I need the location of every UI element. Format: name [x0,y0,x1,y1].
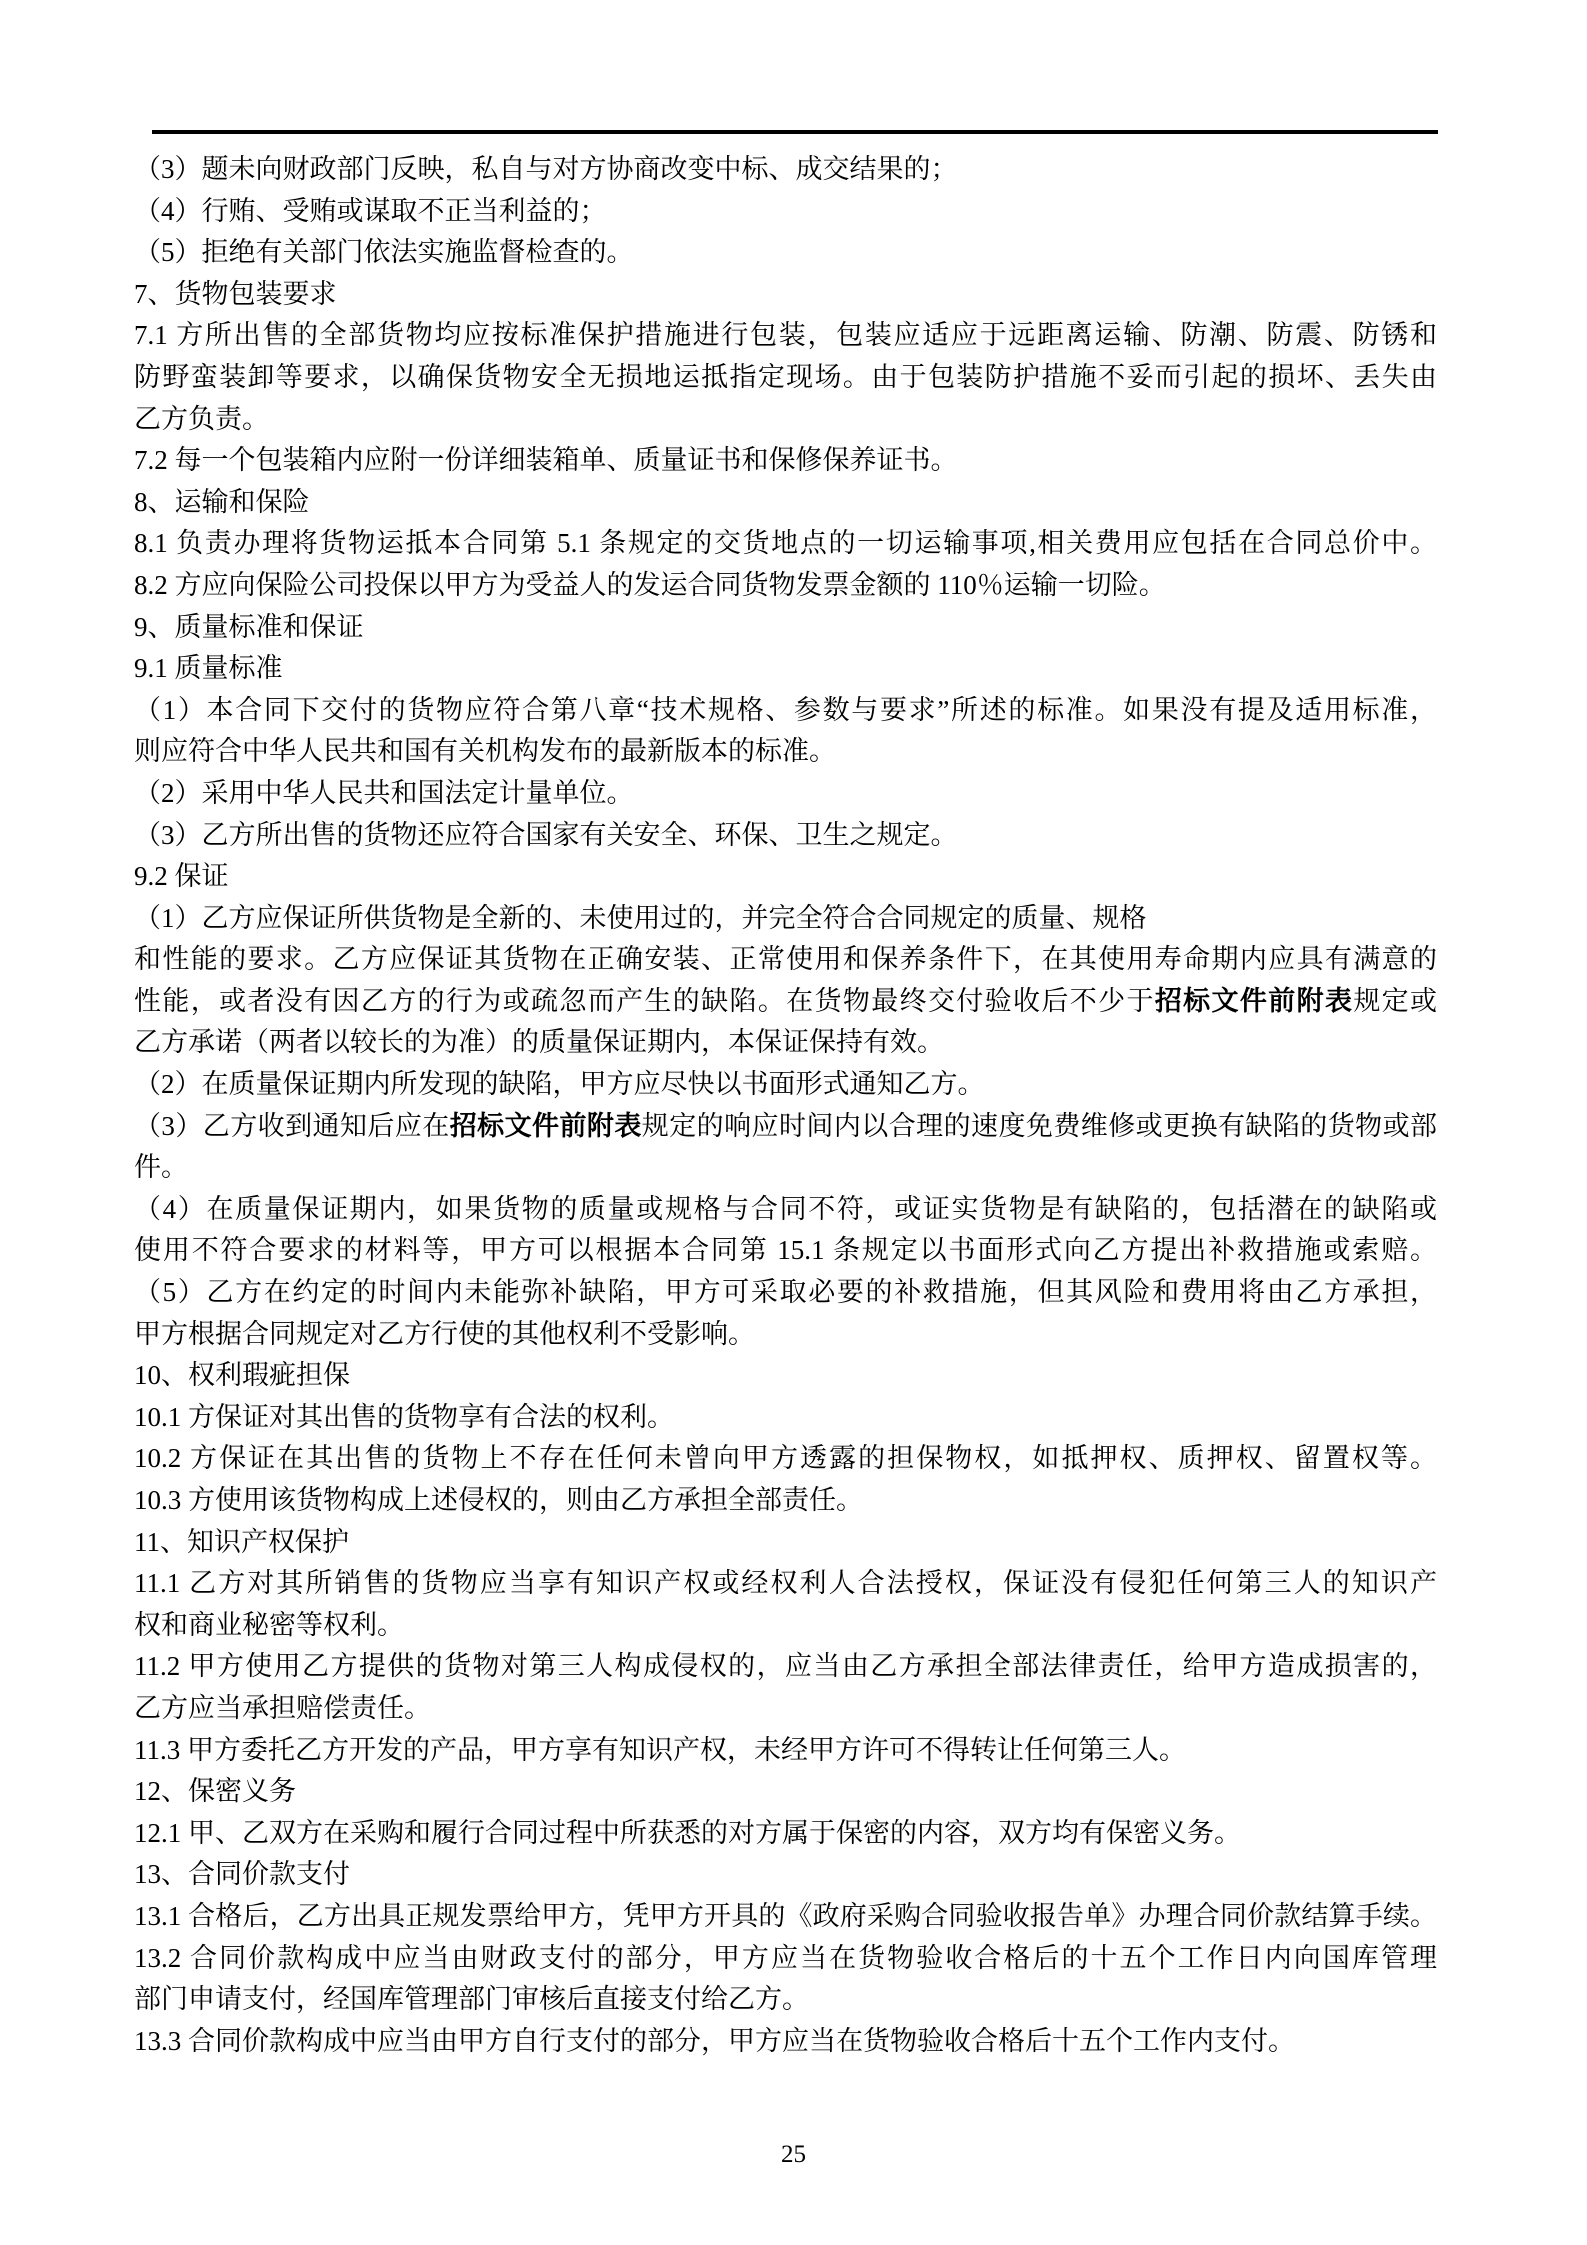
text-segment: 7.1 方所出售的全部货物均应按标准保护措施进行包装，包装应适应于远距离运输、防… [134,320,1437,350]
text-segment: 7、货物包装要求 [134,279,337,309]
text-line: 7、货物包装要求 [134,274,1437,316]
text-line: 乙方负责。 [134,399,1437,441]
text-line: 乙方承诺（两者以较长的为准）的质量保证期内，本保证保持有效。 [134,1022,1437,1064]
text-segment: 10.1 方保证对其出售的货物享有合法的权利。 [134,1402,674,1432]
text-line: 11.3 甲方委托乙方开发的产品，甲方享有知识产权，未经甲方许可不得转让任何第三… [134,1730,1437,1772]
text-segment: 9、质量标准和保证 [134,612,364,642]
text-segment: （3）题未向财政部门反映，私自与对方协商改变中标、成交结果的； [134,154,958,184]
document-body: （3）题未向财政部门反映，私自与对方协商改变中标、成交结果的；（4）行贿、受贿或… [134,149,1437,2062]
text-segment: 则应符合中华人民共和国有关机构发布的最新版本的标准。 [134,736,836,766]
bold-text-segment: 招标文件前附表 [1155,986,1354,1016]
text-segment: 10.2 方保证在其出售的货物上不存在任何未曾向甲方透露的担保物权，如抵押权、质… [134,1443,1437,1473]
text-line: 13、合同价款支付 [134,1854,1437,1896]
text-segment: 规定的响应时间内以合理的速度免费维修或更换有缺陷的货物或部 [642,1111,1437,1141]
text-line: 12、保密义务 [134,1771,1437,1813]
text-line: 7.2 每一个包装箱内应附一份详细装箱单、质量证书和保修保养证书。 [134,440,1437,482]
text-segment: 11.2 甲方使用乙方提供的货物对第三人构成侵权的，应当由乙方承担全部法律责任，… [134,1651,1437,1681]
text-segment: 乙方负责。 [134,404,269,434]
text-line: 9、质量标准和保证 [134,607,1437,649]
text-segment: 8.1 负责办理将货物运抵本合同第 5.1 条规定的交货地点的一切运输事项,相关… [134,528,1437,558]
text-segment: 10.3 方使用该货物构成上述侵权的，则由乙方承担全部责任。 [134,1485,863,1515]
text-line: 部门申请支付，经国库管理部门审核后直接支付给乙方。 [134,1979,1437,2021]
text-segment: 13.2 合同价款构成中应当由财政支付的部分，甲方应当在货物验收合格后的十五个工… [134,1943,1437,1973]
text-line: 13.2 合同价款构成中应当由财政支付的部分，甲方应当在货物验收合格后的十五个工… [134,1938,1437,1980]
text-segment: 10、权利瑕疵担保 [134,1360,350,1390]
text-segment: 权和商业秘密等权利。 [134,1610,404,1640]
text-line: 8、运输和保险 [134,482,1437,524]
text-line: 12.1 甲、乙双方在采购和履行合同过程中所获悉的对方属于保密的内容，双方均有保… [134,1813,1437,1855]
text-line: 和性能的要求。乙方应保证其货物在正确安装、正常使用和保养条件下，在其使用寿命期内… [134,939,1437,981]
text-segment: 12.1 甲、乙双方在采购和履行合同过程中所获悉的对方属于保密的内容，双方均有保… [134,1818,1241,1848]
text-line: 甲方根据合同规定对乙方行使的其他权利不受影响。 [134,1314,1437,1356]
text-line: （1）乙方应保证所供货物是全新的、未使用过的，并完全符合合同规定的质量、规格 [134,898,1437,940]
text-segment: 性能，或者没有因乙方的行为或疏忽而产生的缺陷。在货物最终交付验收后不少于 [134,986,1155,1016]
text-line: 10.3 方使用该货物构成上述侵权的，则由乙方承担全部责任。 [134,1480,1437,1522]
text-line: 11.1 乙方对其所销售的货物应当享有知识产权或经权利人合法授权，保证没有侵犯任… [134,1563,1437,1605]
text-segment: 7.2 每一个包装箱内应附一份详细装箱单、质量证书和保修保养证书。 [134,445,958,475]
text-segment: （5）拒绝有关部门依法实施监督检查的。 [134,237,634,267]
text-segment: 11、知识产权保护 [134,1527,349,1557]
text-segment: 13.1 合格后，乙方出具正规发票给甲方，凭甲方开具的《政府采购合同验收报告单》… [134,1901,1437,1931]
text-line: （3）乙方所出售的货物还应符合国家有关安全、环保、卫生之规定。 [134,815,1437,857]
text-line: （4）在质量保证期内，如果货物的质量或规格与合同不符，或证实货物是有缺陷的，包括… [134,1189,1437,1231]
text-segment: 9.1 质量标准 [134,653,283,683]
text-segment: （4）在质量保证期内，如果货物的质量或规格与合同不符，或证实货物是有缺陷的，包括… [134,1194,1437,1224]
text-segment: 13.3 合同价款构成中应当由甲方自行支付的部分，甲方应当在货物验收合格后十五个… [134,2026,1295,2056]
text-segment: （2）采用中华人民共和国法定计量单位。 [134,778,634,808]
text-line: 11、知识产权保护 [134,1522,1437,1564]
text-segment: （5）乙方在约定的时间内未能弥补缺陷，甲方可采取必要的补救措施，但其风险和费用将… [134,1277,1437,1307]
text-segment: 使用不符合要求的材料等，甲方可以根据本合同第 15.1 条规定以书面形式向乙方提… [134,1235,1437,1265]
text-line: 使用不符合要求的材料等，甲方可以根据本合同第 15.1 条规定以书面形式向乙方提… [134,1230,1437,1272]
text-segment: （2）在质量保证期内所发现的缺陷，甲方应尽快以书面形式通知乙方。 [134,1069,985,1099]
text-line: （5）拒绝有关部门依法实施监督检查的。 [134,232,1437,274]
text-segment: 甲方根据合同规定对乙方行使的其他权利不受影响。 [134,1319,755,1349]
text-line: 10.2 方保证在其出售的货物上不存在任何未曾向甲方透露的担保物权，如抵押权、质… [134,1438,1437,1480]
bold-text-segment: 招标文件前附表 [450,1111,642,1141]
text-segment: （1）本合同下交付的货物应符合第八章“技术规格、参数与要求”所述的标准。如果没有… [134,695,1437,725]
text-line: 防野蛮装卸等要求，以确保货物安全无损地运抵指定现场。由于包装防护措施不妥而引起的… [134,357,1437,399]
text-segment: 部门申请支付，经国库管理部门审核后直接支付给乙方。 [134,1984,809,2014]
text-segment: （3）乙方所出售的货物还应符合国家有关安全、环保、卫生之规定。 [134,820,958,850]
text-segment: 和性能的要求。乙方应保证其货物在正确安装、正常使用和保养条件下，在其使用寿命期内… [134,944,1437,974]
text-segment: （1）乙方应保证所供货物是全新的、未使用过的，并完全符合合同规定的质量、规格 [134,903,1147,933]
text-line: 10、权利瑕疵担保 [134,1355,1437,1397]
document-page: （3）题未向财政部门反映，私自与对方协商改变中标、成交结果的；（4）行贿、受贿或… [0,0,1587,2245]
page-number: 25 [0,2140,1587,2170]
text-line: 7.1 方所出售的全部货物均应按标准保护措施进行包装，包装应适应于远距离运输、防… [134,315,1437,357]
text-line: 性能，或者没有因乙方的行为或疏忽而产生的缺陷。在货物最终交付验收后不少于招标文件… [134,981,1437,1023]
text-segment: （4）行贿、受贿或谋取不正当利益的； [134,196,607,226]
text-line: 9.2 保证 [134,856,1437,898]
header-rule [152,130,1438,134]
text-line: 8.1 负责办理将货物运抵本合同第 5.1 条规定的交货地点的一切运输事项,相关… [134,523,1437,565]
text-line: 13.3 合同价款构成中应当由甲方自行支付的部分，甲方应当在货物验收合格后十五个… [134,2021,1437,2063]
text-line: （2）采用中华人民共和国法定计量单位。 [134,773,1437,815]
text-line: 13.1 合格后，乙方出具正规发票给甲方，凭甲方开具的《政府采购合同验收报告单》… [134,1896,1437,1938]
text-segment: 8、运输和保险 [134,487,310,517]
text-line: （2）在质量保证期内所发现的缺陷，甲方应尽快以书面形式通知乙方。 [134,1064,1437,1106]
text-line: 乙方应当承担赔偿责任。 [134,1688,1437,1730]
text-segment: 9.2 保证 [134,861,229,891]
text-line: 权和商业秘密等权利。 [134,1605,1437,1647]
text-line: 9.1 质量标准 [134,648,1437,690]
text-segment: 件。 [134,1152,188,1182]
text-segment: 11.3 甲方委托乙方开发的产品，甲方享有知识产权，未经甲方许可不得转让任何第三… [134,1735,1186,1765]
text-segment: 12、保密义务 [134,1776,296,1806]
text-line: 11.2 甲方使用乙方提供的货物对第三人构成侵权的，应当由乙方承担全部法律责任，… [134,1646,1437,1688]
text-line: （4）行贿、受贿或谋取不正当利益的； [134,191,1437,233]
text-segment: （3）乙方收到通知后应在 [134,1111,450,1141]
text-line: 8.2 方应向保险公司投保以甲方为受益人的发运合同货物发票金额的 110％运输一… [134,565,1437,607]
text-segment: 防野蛮装卸等要求，以确保货物安全无损地运抵指定现场。由于包装防护措施不妥而引起的… [134,362,1437,392]
text-line: （3）题未向财政部门反映，私自与对方协商改变中标、成交结果的； [134,149,1437,191]
text-segment: 乙方应当承担赔偿责任。 [134,1693,431,1723]
text-segment: 乙方承诺（两者以较长的为准）的质量保证期内，本保证保持有效。 [134,1027,944,1057]
text-line: （5）乙方在约定的时间内未能弥补缺陷，甲方可采取必要的补救措施，但其风险和费用将… [134,1272,1437,1314]
text-line: 件。 [134,1147,1437,1189]
text-segment: 8.2 方应向保险公司投保以甲方为受益人的发运合同货物发票金额的 110％运输一… [134,570,1166,600]
text-line: 10.1 方保证对其出售的货物享有合法的权利。 [134,1397,1437,1439]
text-segment: 规定或 [1353,986,1437,1016]
text-segment: 11.1 乙方对其所销售的货物应当享有知识产权或经权利人合法授权，保证没有侵犯任… [134,1568,1437,1598]
text-line: （1）本合同下交付的货物应符合第八章“技术规格、参数与要求”所述的标准。如果没有… [134,690,1437,732]
text-segment: 13、合同价款支付 [134,1859,350,1889]
text-line: （3）乙方收到通知后应在招标文件前附表规定的响应时间内以合理的速度免费维修或更换… [134,1106,1437,1148]
text-line: 则应符合中华人民共和国有关机构发布的最新版本的标准。 [134,731,1437,773]
